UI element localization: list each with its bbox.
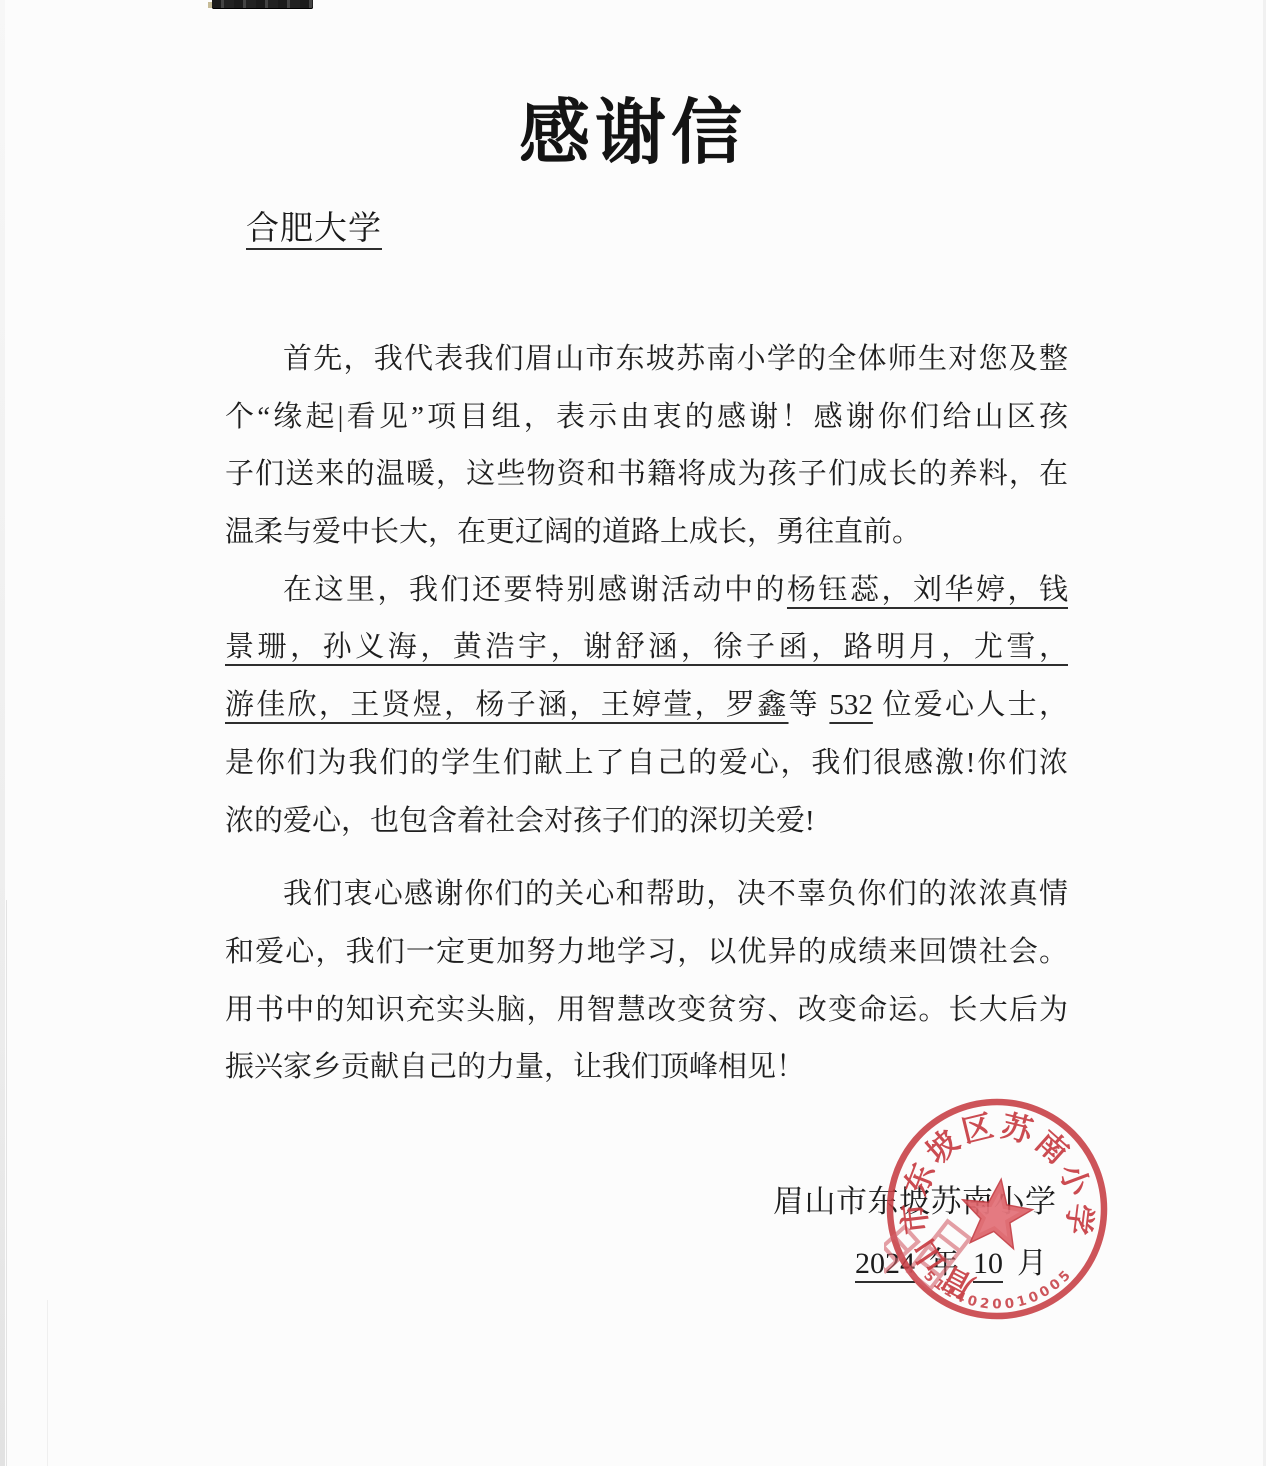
- paragraph1-line1: 首先，我代表我们眉山市东坡苏南小学的全体师生对您及整: [225, 331, 1068, 389]
- paragraph3-line1: 我们衷心感谢你们的关心和帮助，决不辜负你们的浓浓真情: [225, 866, 1068, 924]
- paragraph2-line1-text: 在这里，我们还要特别感谢活动中的: [283, 574, 787, 606]
- paragraph2-line3-connector: 等: [789, 689, 830, 721]
- paragraph2-line4: 是你们为我们的学生们献上了自己的爱心，我们很感激!你们浓: [225, 735, 1068, 793]
- svg-text:0: 0: [1004, 1295, 1015, 1312]
- paragraph1-line4: 温柔与爱中长大，在更辽阔的道路上成长，勇往直前。: [225, 504, 1068, 562]
- paragraph2-line1: 在这里，我们还要特别感谢活动中的杨钰蕊，刘华婷，钱: [225, 562, 1068, 620]
- svg-text:东: 东: [898, 1159, 942, 1200]
- paragraph2-line2: 景珊，孙义海，黄浩宇，谢舒涵，徐子函，路明月，尤雪，: [225, 619, 1068, 677]
- donor-count-underlined: 532: [829, 689, 873, 721]
- svg-text:区: 区: [958, 1108, 996, 1149]
- svg-text:0: 0: [992, 1297, 1001, 1313]
- recipient-name: 合肥大学: [246, 202, 382, 249]
- scanned-letter-page: 感谢信 合肥大学 首先，我代表我们眉山市东坡苏南小学的全体师生对您及整 个“缘起…: [0, 0, 1266, 1466]
- svg-text:苏: 苏: [998, 1108, 1038, 1150]
- paragraph3-line2: 和爱心，我们一定更加努力地学习，以优异的成绩来回馈社会。: [225, 924, 1068, 982]
- svg-text:1: 1: [1015, 1293, 1028, 1311]
- svg-text:2: 2: [979, 1295, 990, 1312]
- svg-text:市: 市: [896, 1201, 934, 1236]
- donor-names-underlined-3: 游佳欣，王贤煜，杨子涵，王婷萱，罗鑫: [225, 689, 789, 721]
- scan-edge-line: [6, 900, 7, 1466]
- paragraph3-line3: 用书中的知识充实头脑，用智慧改变贫穷、改变命运。长大后为: [225, 982, 1068, 1040]
- donor-names-underlined-1: 杨钰蕊，刘华婷，钱: [787, 574, 1068, 606]
- letter-body: 首先，我代表我们眉山市东坡苏南小学的全体师生对您及整 个“缘起|看见”项目组，表…: [225, 331, 1068, 1097]
- paragraph2-line3: 游佳欣，王贤煜，杨子涵，王婷萱，罗鑫等 532 位爱心人士，: [225, 677, 1068, 735]
- school-seal-stamp: 眉山市东坡区苏南小学 5114020010005: [884, 1096, 1110, 1322]
- scan-edge-left: [0, 0, 5, 1466]
- paragraph2-line5: 浓的爱心，也包含着社会对孩子们的深切关爱!: [225, 793, 1068, 851]
- paragraph1-line3: 子们送来的温暖，这些物资和书籍将成为孩子们成长的养料，在: [225, 446, 1068, 504]
- paragraph3-line4: 振兴家乡贡献自己的力量，让我们顶峰相见！: [225, 1039, 1068, 1097]
- paragraph1-line2: 个“缘起|看见”项目组，表示由衷的感谢！感谢你们给山区孩: [225, 389, 1068, 447]
- scan-fold-line: [47, 1300, 48, 1466]
- svg-text:小: 小: [1053, 1159, 1097, 1201]
- paragraph2-line3-tail: 位爱心人士，: [873, 689, 1068, 721]
- donor-names-underlined-2: 景珊，孙义海，黄浩宇，谢舒涵，徐子函，路明月，尤雪，: [225, 631, 1068, 663]
- letter-title: 感谢信: [0, 76, 1266, 178]
- svg-text:学: 学: [1060, 1202, 1099, 1237]
- scan-artifact-bar: [212, 0, 313, 9]
